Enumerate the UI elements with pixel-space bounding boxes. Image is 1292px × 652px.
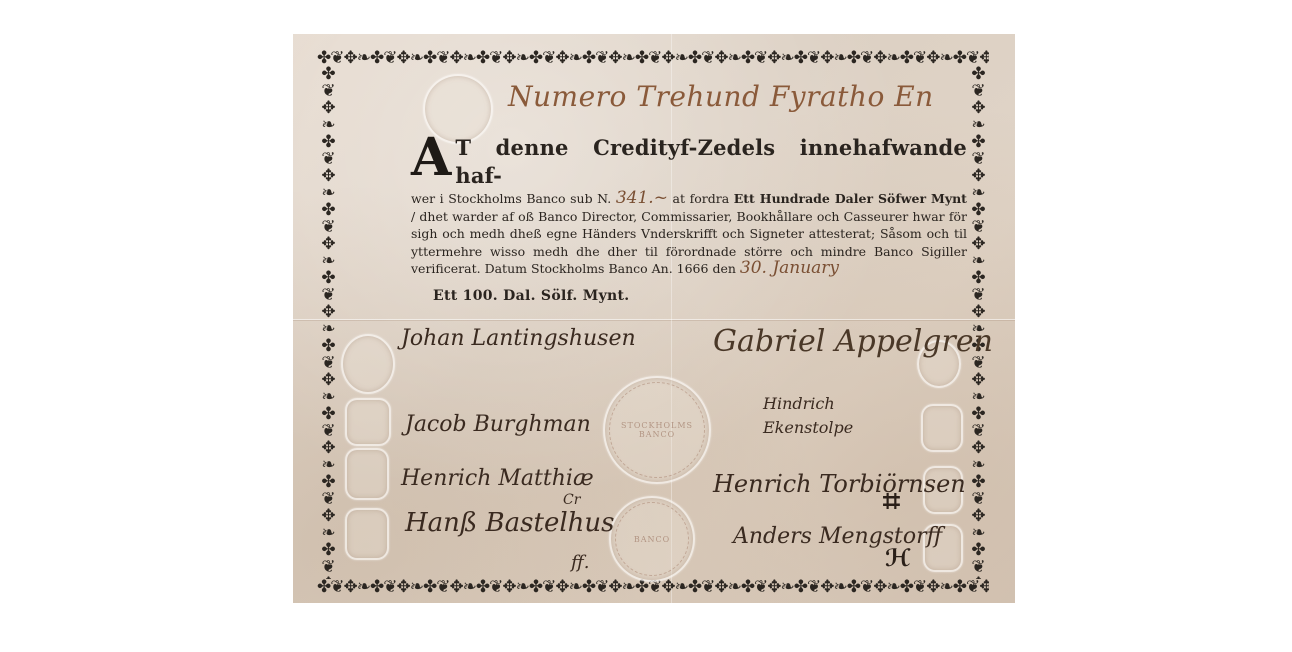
hatched-mark: ⌗ [883,484,900,519]
printed-body-text: A T denne Credityf-Zedels innehafwande h… [411,134,967,278]
issue-date: 30. January [740,258,839,278]
serial-number: 341.~ [616,188,668,208]
signet-left-4 [345,508,389,560]
signature-mark-cr: Cr [563,492,580,508]
amount-in-words: Ett Hundrade Daler Söfwer Mynt [734,191,967,206]
signature-6: Hindrich [763,394,835,413]
signet-left-2 [345,398,391,446]
signature-8: Henrich Torbiörnsen [713,470,966,498]
signature-7: Ekenstolpe [763,418,853,437]
border-right: ✤❦✥❧✤❦✥❧✤❦✥❧✤❦✥❧✤❦✥❧✤❦✥❧✤❦✥❧✤❦✥❧✤❦✥❧✤❦✥❧… [967,66,989,579]
handwritten-number-header: Numero Trehund Fyratho En [508,80,968,113]
signature-mark-ff: ff. [571,552,589,573]
embossed-seal-large: STOCKHOLMS BANCO [603,376,711,484]
amount-line: Ett 100. Dal. Sölf. Mynt. [433,288,629,304]
seal-inscription-small: BANCO [615,502,689,576]
seal-inscription: STOCKHOLMS BANCO [609,382,705,478]
signature-3: Henrich Matthiæ [401,466,594,491]
signet-right-2 [921,404,963,452]
border-left: ✤❦✥❧✤❦✥❧✤❦✥❧✤❦✥❧✤❦✥❧✤❦✥❧✤❦✥❧✤❦✥❧✤❦✥❧✤❦✥❧… [317,66,339,579]
signature-2: Jacob Burghman [405,412,591,437]
flourish-mark: ℋ [885,544,911,572]
drop-cap-letter: A [411,134,451,180]
signet-left-3 [345,448,389,500]
signet-left-1 [341,334,395,394]
signature-4: Hanß Bastelhus [405,508,615,538]
body-line2-suffix: at fordra [673,191,730,206]
embossed-seal-small: BANCO [609,496,695,582]
body-continuation: / dhet warder af oß Banco Director, Comm… [411,209,967,277]
body-first-line: T denne Credityf-Zedels innehafwande haf… [455,135,967,188]
signature-1: Johan Lantingshusen [401,326,636,351]
body-line2-prefix: wer i Stockholms Banco sub N. [411,191,611,206]
border-top: ✤❦✥❧✤❦✥❧✤❦✥❧✤❦✥❧✤❦✥❧✤❦✥❧✤❦✥❧✤❦✥❧✤❦✥❧✤❦✥❧… [317,48,989,68]
credit-note-document: ✤❦✥❧✤❦✥❧✤❦✥❧✤❦✥❧✤❦✥❧✤❦✥❧✤❦✥❧✤❦✥❧✤❦✥❧✤❦✥❧… [293,34,1015,603]
signature-5: Gabriel Appelgren [713,324,993,359]
